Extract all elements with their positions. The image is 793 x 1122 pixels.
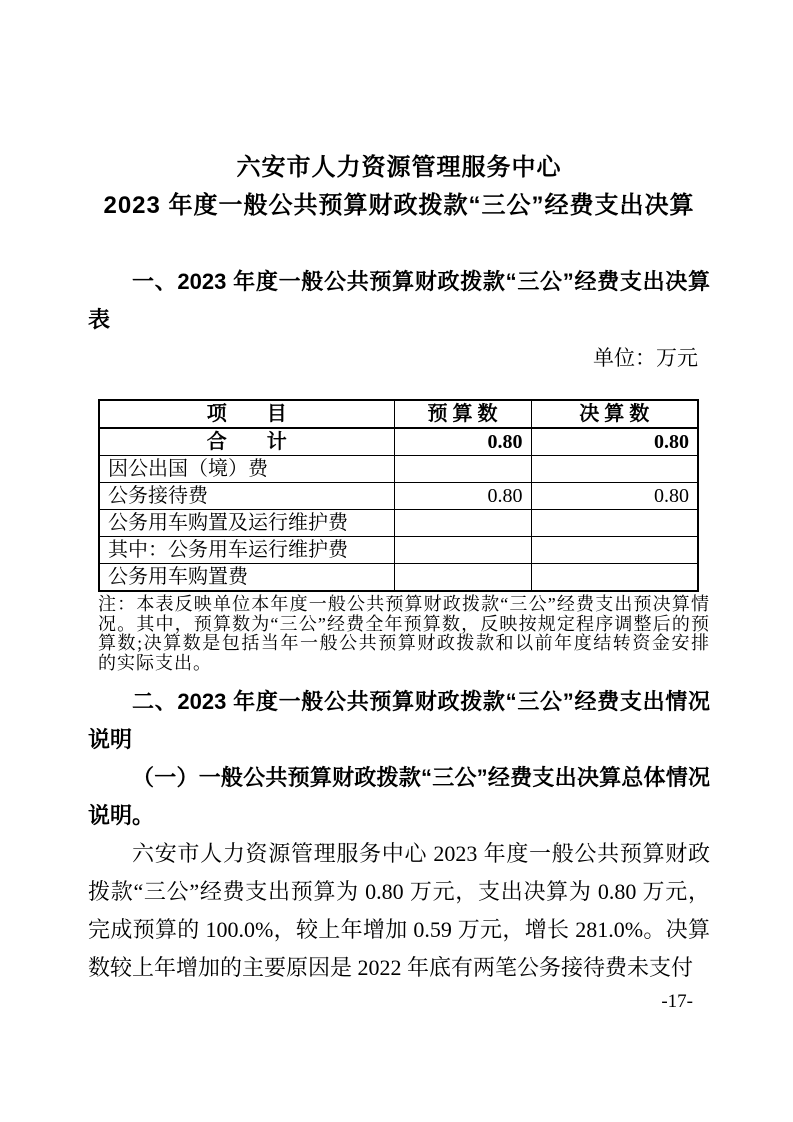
budget-cell: 0.80 (394, 428, 531, 456)
doc-title-line1: 六安市人力资源管理服务中心 (88, 149, 710, 187)
unit-label: 单位：万元 (88, 339, 698, 377)
final-cell (531, 537, 698, 564)
table-row-vehicle-maintenance: 其中：公务用车运行维护费 (99, 537, 698, 564)
final-cell (531, 510, 698, 537)
expense-table: 项 目 预 算 数 决 算 数 合 计 0.80 0.80 因公出国（境）费 公… (98, 399, 699, 592)
budget-cell: 0.80 (394, 483, 531, 510)
section1-heading: 一、2023 年度一般公共预算财政拨款“三公”经费支出决算表 (88, 263, 710, 339)
col-header-final: 决 算 数 (531, 400, 698, 428)
page-number: -17- (661, 991, 693, 1013)
final-cell: 0.80 (531, 483, 698, 510)
item-cell: 公务用车购置及运行维护费 (99, 510, 394, 537)
item-cell: 合 计 (99, 428, 394, 456)
item-cell: 其中：公务用车运行维护费 (99, 537, 394, 564)
table-header-row: 项 目 预 算 数 决 算 数 (99, 400, 698, 428)
final-cell (531, 456, 698, 483)
final-cell (531, 564, 698, 592)
table-row-vehicle-total: 公务用车购置及运行维护费 (99, 510, 698, 537)
col-header-budget: 预 算 数 (394, 400, 531, 428)
doc-title-line2: 2023 年度一般公共预算财政拨款“三公”经费支出决算 (88, 187, 710, 225)
item-cell: 公务用车购置费 (99, 564, 394, 592)
col-header-item: 项 目 (99, 400, 394, 428)
budget-cell (394, 564, 531, 592)
budget-cell (394, 510, 531, 537)
table-row-reception: 公务接待费 0.80 0.80 (99, 483, 698, 510)
table-row-vehicle-purchase: 公务用车购置费 (99, 564, 698, 592)
table-row-total: 合 计 0.80 0.80 (99, 428, 698, 456)
document-page: 六安市人力资源管理服务中心 2023 年度一般公共预算财政拨款“三公”经费支出决… (0, 0, 793, 1122)
item-cell: 因公出国（境）费 (99, 456, 394, 483)
budget-cell (394, 456, 531, 483)
item-cell: 公务接待费 (99, 483, 394, 510)
section2-heading: 二、2023 年度一般公共预算财政拨款“三公”经费支出情况说明 (88, 683, 710, 759)
budget-cell (394, 537, 531, 564)
final-cell: 0.80 (531, 428, 698, 456)
table-row-abroad: 因公出国（境）费 (99, 456, 698, 483)
section2-sub-heading: （一）一般公共预算财政拨款“三公”经费支出决算总体情况说明。 (88, 759, 710, 835)
table-note: 注：本表反映单位本年度一般公共预算财政拨款“三公”经费支出预决算情况。其中，预算… (98, 595, 710, 673)
section2-paragraph: 六安市人力资源管理服务中心 2023 年度一般公共预算财政拨款“三公”经费支出预… (88, 835, 710, 987)
